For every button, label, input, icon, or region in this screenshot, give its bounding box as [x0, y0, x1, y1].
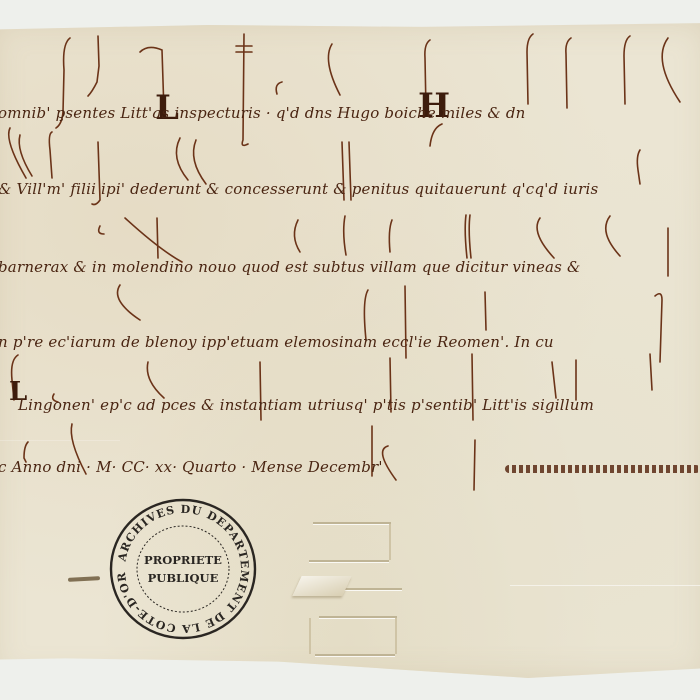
charter-line-4: n p're ec'iarum de blenoy ipp'etuam elem…: [0, 333, 554, 351]
svg-text:ARCHIVES DU DEPARTEMENT DE LA: ARCHIVES DU DEPARTEMENT DE LA COTE-D'OR: [115, 503, 251, 635]
archive-stamp: ARCHIVES DU DEPARTEMENT DE LA COTE-D'OR …: [108, 496, 258, 642]
slit-edge: [395, 618, 397, 654]
charter-text: & Vill'm' filii ipi' dederunt & concesse…: [0, 180, 598, 198]
slit: [313, 522, 391, 524]
seal-tag-slits: [295, 518, 405, 658]
charter-line-2: & Vill'm' filii ipi' dederunt & concesse…: [0, 180, 598, 198]
slit-edge: [389, 524, 391, 560]
charter-line-6: c Anno dni · M· CC· xx· Quarto · Mense D…: [0, 458, 383, 476]
slit: [315, 654, 395, 656]
charter-line-5: Lingonen' ep'c ad pces & instantiam utri…: [18, 396, 594, 414]
line-filler-chain: [505, 465, 700, 473]
charter-line-1: omnib' p̧sentes Litt'as inspecturis · q'…: [0, 104, 526, 122]
stamp-inner-line-1: PROPRIETE: [144, 553, 222, 567]
slit: [309, 560, 389, 562]
charter-text: Lingonen' ep'c ad pces & instantiam utri…: [18, 396, 594, 414]
stamp-inner-line-2: PUBLIQUE: [148, 571, 219, 585]
slit-edge: [309, 618, 311, 654]
folded-flap: [292, 576, 351, 596]
charter-line-3: barnerax & in molendino nouo quod est su…: [0, 258, 581, 276]
slit: [319, 616, 397, 618]
charter-text: barnerax & in molendino nouo quod est su…: [0, 258, 581, 276]
stamp-outer-text: ARCHIVES DU DEPARTEMENT DE LA COTE-D'OR: [115, 503, 251, 635]
charter-text: omnib' p̧sentes Litt'as inspecturis · q'…: [0, 104, 526, 122]
charter-text: c Anno dni · M· CC· xx· Quarto · Mense D…: [0, 458, 383, 476]
charter-text: n p're ec'iarum de blenoy ipp'etuam elem…: [0, 333, 554, 351]
